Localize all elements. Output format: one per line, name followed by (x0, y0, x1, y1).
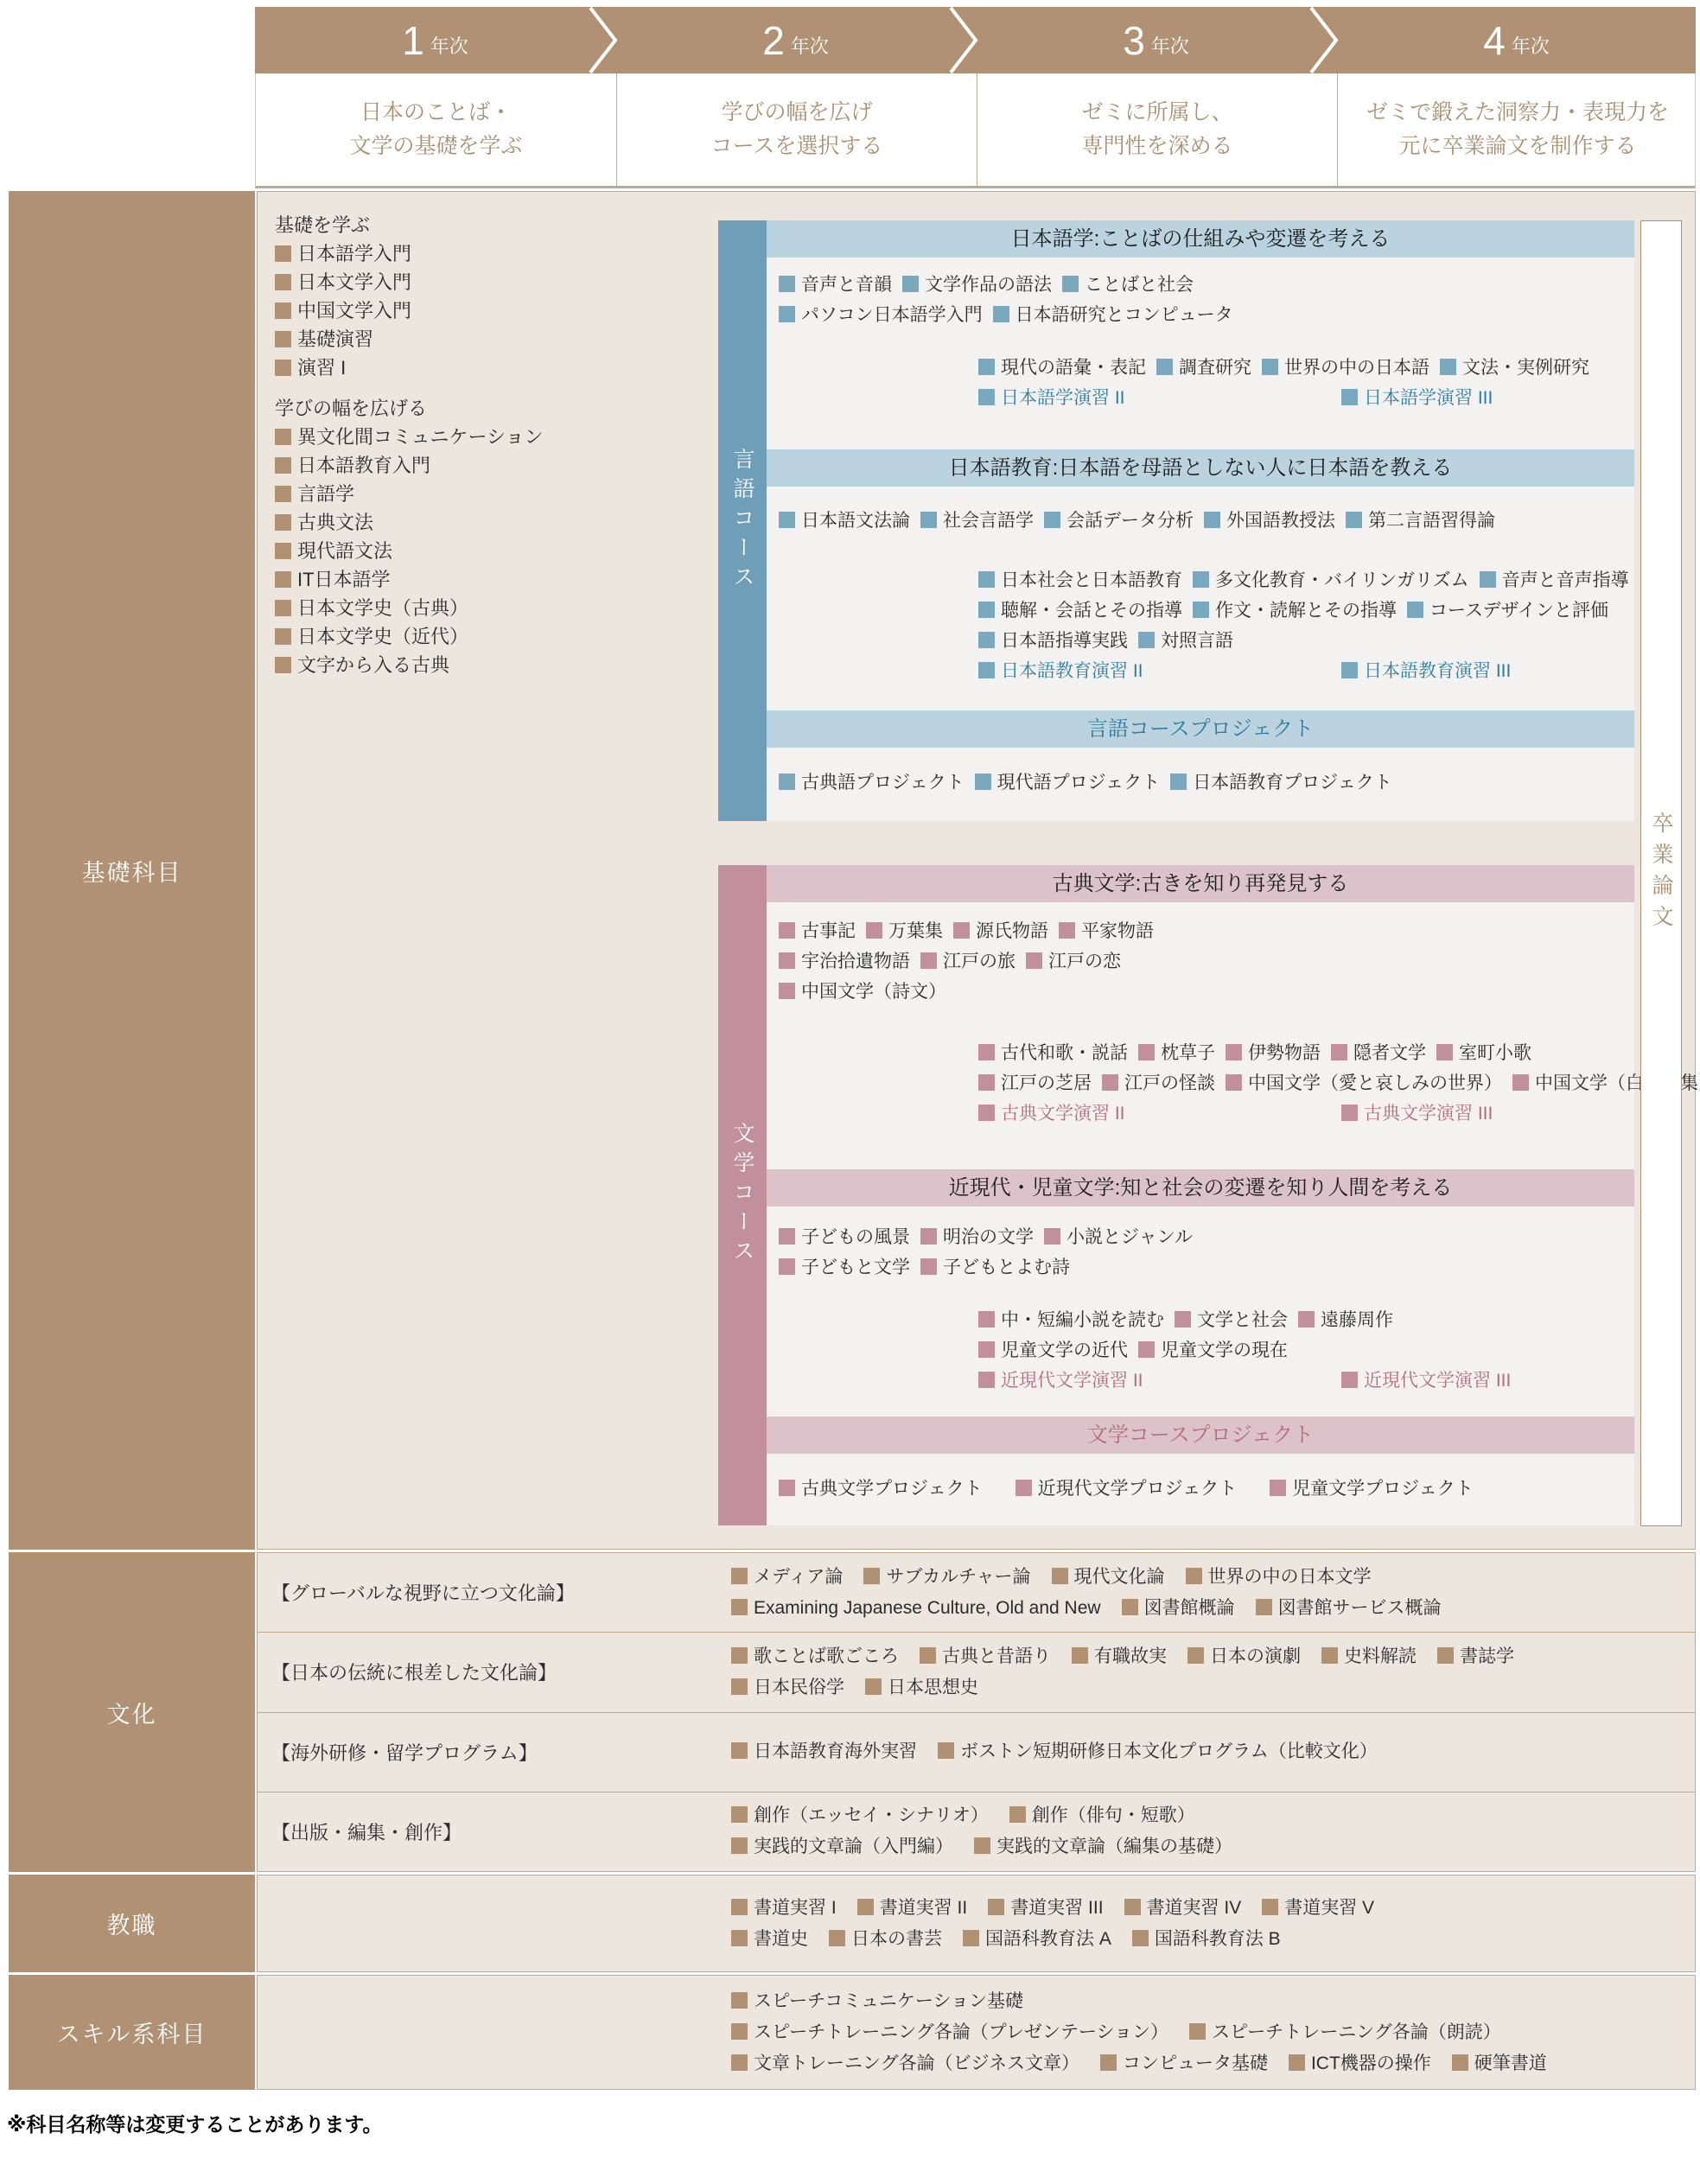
course-item: 枕草子 (1138, 1038, 1215, 1068)
square-bullet-icon (1044, 512, 1060, 528)
square-bullet-icon (1262, 359, 1278, 375)
course-item: 古典語プロジェクト (779, 767, 965, 798)
course-line: 日本語教育海外実習ボストン短期研修日本文化プログラム（比較文化） (731, 1736, 1695, 1767)
course-item: 多文化教育・バイリンガリズム (1193, 565, 1469, 595)
culture-category-label: 【日本の伝統に根差した文化論】 (258, 1633, 731, 1711)
course-item: 小説とジャンル (1044, 1222, 1193, 1252)
course-item: 外国語教授法 (1204, 506, 1335, 536)
course-item: ボストン短期研修日本文化プログラム（比較文化） (938, 1736, 1378, 1767)
square-bullet-icon (1226, 1074, 1242, 1091)
square-bullet-icon (829, 1930, 845, 1946)
square-bullet-icon (938, 1742, 954, 1759)
content-row-foundation: 基礎を学ぶ 日本語学入門 日本文学入門 中国文学入門 基礎演習 演習 I (257, 191, 1696, 1550)
project-content: 古典語プロジェクト現代語プロジェクト日本語教育プロジェクト (767, 748, 1634, 821)
course-item: スピーチトレーニング各論（プレゼンテーション） (731, 2017, 1168, 2048)
course-item: 中国文学（詩文） (779, 977, 946, 1007)
course-item: 日本語文法論 (779, 506, 910, 536)
course-item: 現代語文法 (275, 537, 544, 565)
square-bullet-icon (731, 2054, 748, 2071)
course-item: 聴解・会話とその指導 (978, 595, 1182, 626)
course-item: 近現代文学プロジェクト (1016, 1474, 1238, 1504)
seminar-item: 古典文学演習 III (1341, 1098, 1493, 1129)
course-item: 宇治拾遺物語 (779, 946, 910, 977)
literature-course-block: 文学コース 古典文学:古きを知り再発見する 古事記万葉集源氏物語平家物語宇治拾遺… (718, 865, 1634, 1525)
course-item: 中国文学入門 (275, 296, 544, 325)
square-bullet-icon (902, 276, 919, 292)
square-bullet-icon (779, 1258, 795, 1275)
square-bullet-icon (779, 1480, 795, 1496)
year-segment-1: 1 年次 (255, 7, 615, 73)
square-bullet-icon (1193, 571, 1209, 588)
seminar-item: 日本語教育演習 II (978, 656, 1143, 686)
square-bullet-icon (1072, 1647, 1088, 1664)
square-bullet-icon (1026, 952, 1042, 969)
square-bullet-icon (731, 1837, 748, 1854)
course-item: コースデザインと評価 (1407, 595, 1608, 626)
course-item: 遠藤周作 (1298, 1305, 1393, 1335)
seminar-row: 日本語学演習 II 日本語学演習 III (767, 383, 1634, 413)
graduation-thesis-bar: 卒業論文 (1640, 220, 1682, 1526)
course-item: 文学作品の語法 (902, 270, 1052, 300)
square-bullet-icon (1262, 1899, 1278, 1915)
square-bullet-icon (1436, 1044, 1453, 1060)
square-bullet-icon (779, 952, 795, 969)
chevron-right-icon (589, 7, 618, 73)
group-title: 学びの幅を広げる (275, 394, 544, 423)
square-bullet-icon (779, 512, 795, 528)
square-bullet-icon (1437, 1647, 1454, 1664)
course-item: 現代の語彙・表記 (978, 353, 1146, 383)
square-bullet-icon (1226, 1044, 1242, 1060)
course-item: 日本文学入門 (275, 268, 544, 296)
culture-category-label: 【グローバルな視野に立つ文化論】 (258, 1553, 731, 1632)
seminar-row: 近現代文学演習 II 近現代文学演習 III (767, 1366, 1634, 1396)
square-bullet-icon (988, 1899, 1004, 1915)
course-item: 社会言語学 (920, 506, 1034, 536)
course-row: 子どもと文学子どもとよむ詩 (779, 1252, 1634, 1283)
square-bullet-icon (1298, 1311, 1315, 1328)
course-row: 古事記万葉集源氏物語平家物語 (779, 916, 1634, 946)
course-item: 日本語学入門 (275, 239, 544, 268)
section-content: 音声と音韻文学作品の語法ことばと社会パソコン日本語学入門日本語研究とコンピュータ… (767, 258, 1634, 449)
square-bullet-icon (920, 1258, 937, 1275)
square-bullet-icon (779, 306, 795, 322)
course-item: 実践的文章論（編集の基礎） (974, 1831, 1232, 1862)
seminar-item: 近現代文学演習 II (978, 1366, 1143, 1396)
course-item: 室町小歌 (1436, 1038, 1531, 1068)
course-item: 日本語教育海外実習 (731, 1736, 917, 1767)
course-item: 世界の中の日本文学 (1186, 1562, 1372, 1593)
course-line: 日本民俗学日本思想史 (731, 1672, 1695, 1703)
course-item: 児童文学の近代 (978, 1335, 1128, 1366)
square-bullet-icon (275, 657, 291, 673)
sidebar-cell-skills: スキル系科目 (9, 1975, 255, 2090)
square-bullet-icon (731, 1930, 748, 1946)
square-bullet-icon (731, 1599, 748, 1615)
square-bullet-icon (1156, 359, 1173, 375)
square-bullet-icon (920, 512, 937, 528)
square-bullet-icon (1138, 1044, 1155, 1060)
year-number: 4 (1483, 21, 1506, 60)
square-bullet-icon (1256, 1599, 1272, 1615)
square-bullet-icon (1452, 2054, 1468, 2071)
square-bullet-icon (1341, 389, 1358, 405)
square-bullet-icon (1170, 774, 1187, 790)
year-unit-label: 年次 (1512, 22, 1550, 59)
foundation-list: 基礎を学ぶ 日本語学入門 日本文学入門 中国文学入門 基礎演習 演習 I (275, 211, 544, 691)
seminar-item: 日本語教育演習 III (1341, 656, 1511, 686)
year-description-2: 学びの幅を広げ コースを選択する (616, 73, 977, 186)
course-item: 現代文化論 (1052, 1562, 1165, 1593)
course-row: 子どもの風景明治の文学小説とジャンル (779, 1222, 1634, 1252)
year-number: 2 (762, 21, 785, 60)
culture-sub-row: 【出版・編集・創作】 創作（エッセイ・シナリオ）創作（俳句・短歌） 実践的文章論… (258, 1792, 1695, 1871)
course-row: 日本社会と日本語教育多文化教育・バイリンガリズム音声と音声指導 (978, 565, 1634, 595)
square-bullet-icon (1204, 512, 1220, 528)
course-strip-label: 文学コース (727, 1122, 758, 1269)
square-bullet-icon (779, 774, 795, 790)
course-item: 国語科教育法 B (1132, 1924, 1281, 1955)
course-item: 児童文学の現在 (1138, 1335, 1288, 1366)
seminar-row: 日本語教育演習 II 日本語教育演習 III (767, 656, 1634, 686)
course-item: 古事記 (779, 916, 856, 946)
square-bullet-icon (275, 600, 291, 616)
course-item: 基礎演習 (275, 325, 544, 353)
section-header: 古典文学:古きを知り再発見する (767, 865, 1634, 902)
course-item: 図書館サービス概論 (1256, 1593, 1442, 1624)
square-bullet-icon (275, 245, 291, 262)
group-title: 基礎を学ぶ (275, 211, 544, 239)
square-bullet-icon (1138, 632, 1155, 648)
section-content: 子どもの風景明治の文学小説とジャンル子どもと文学子どもとよむ詩 中・短編小説を読… (767, 1207, 1634, 1417)
square-bullet-icon (920, 1647, 936, 1664)
course-item: 世界の中の日本語 (1262, 353, 1429, 383)
square-bullet-icon (978, 662, 995, 678)
project-content: 古典文学プロジェクト近現代文学プロジェクト児童文学プロジェクト (767, 1454, 1634, 1525)
chevron-right-icon (949, 7, 978, 73)
year-number: 1 (402, 21, 424, 60)
square-bullet-icon (974, 1837, 990, 1854)
square-bullet-icon (731, 1806, 748, 1823)
course-row: 古典語プロジェクト現代語プロジェクト日本語教育プロジェクト (767, 748, 1634, 798)
square-bullet-icon (865, 1678, 882, 1695)
square-bullet-icon (779, 983, 795, 999)
course-item: Examining Japanese Culture, Old and New (731, 1593, 1101, 1624)
square-bullet-icon (275, 543, 291, 559)
sidebar-cell-teaching: 教職 (9, 1875, 255, 1972)
square-bullet-icon (978, 359, 995, 375)
course-item: 日本の書芸 (829, 1924, 942, 1955)
square-bullet-icon (1341, 1105, 1358, 1121)
course-item: 日本文学史（近代） (275, 622, 544, 651)
square-bullet-icon (731, 1647, 748, 1664)
square-bullet-icon (978, 389, 995, 405)
seminar-item: 日本語学演習 II (978, 383, 1125, 413)
content-row-teaching: 書道実習 I書道実習 II書道実習 III書道実習 IV書道実習 V 書道史日本… (257, 1875, 1696, 1972)
course-item: 平家物語 (1059, 916, 1154, 946)
square-bullet-icon (953, 922, 970, 939)
square-bullet-icon (275, 514, 291, 531)
course-item: 明治の文学 (920, 1222, 1034, 1252)
culture-category-label: 【出版・編集・創作】 (258, 1792, 731, 1871)
sidebar-cell-foundation: 基礎科目 (9, 191, 255, 1550)
course-item: 創作（俳句・短歌） (1009, 1800, 1195, 1831)
year-header-bar: 1 年次 2 年次 3 年次 4 年次 (255, 7, 1696, 73)
year-number: 3 (1123, 21, 1145, 60)
square-bullet-icon (1346, 512, 1362, 528)
square-bullet-icon (863, 1568, 880, 1584)
course-item: 児童文学プロジェクト (1270, 1474, 1474, 1504)
square-bullet-icon (963, 1930, 979, 1946)
section-header: 近現代・児童文学:知と社会の変遷を知り人間を考える (767, 1169, 1634, 1207)
square-bullet-icon (857, 1899, 874, 1915)
course-item: スピーチトレーニング各論（朗読） (1189, 2017, 1501, 2048)
course-item: 異文化間コミュニケーション (275, 423, 544, 451)
course-item: 古典文学プロジェクト (779, 1474, 983, 1504)
foundation-group: 基礎を学ぶ 日本語学入門 日本文学入門 中国文学入門 基礎演習 演習 I (275, 211, 544, 382)
course-item: 日本思想史 (865, 1672, 978, 1703)
foundation-group: 学びの幅を広げる 異文化間コミュニケーション 日本語教育入門 言語学 古典文法 … (275, 394, 544, 679)
course-line: スピーチコミュニケーション基礎 (731, 1986, 1695, 2017)
culture-category-label: 【海外研修・留学プログラム】 (258, 1713, 731, 1792)
course-item: 源氏物語 (953, 916, 1048, 946)
course-item: 書誌学 (1437, 1641, 1514, 1672)
square-bullet-icon (1193, 602, 1209, 618)
square-bullet-icon (978, 1044, 995, 1060)
culture-sub-row: 【海外研修・留学プログラム】 日本語教育海外実習ボストン短期研修日本文化プログラ… (258, 1712, 1695, 1792)
course-row: 児童文学の近代児童文学の現在 (978, 1335, 1634, 1366)
content-row-skills: スピーチコミュニケーション基礎 スピーチトレーニング各論（プレゼンテーション）ス… (257, 1975, 1696, 2090)
course-item: コンピュータ基礎 (1100, 2048, 1268, 2079)
course-item: 音声と音韻 (779, 270, 892, 300)
square-bullet-icon (1059, 922, 1075, 939)
chevron-right-icon (1309, 7, 1339, 73)
course-row: 現代の語彙・表記調査研究世界の中の日本語文法・実例研究 (978, 353, 1634, 383)
year-description-1: 日本のことば・ 文学の基礎を学ぶ (256, 73, 616, 186)
square-bullet-icon (920, 952, 937, 969)
square-bullet-icon (978, 632, 995, 648)
square-bullet-icon (1270, 1480, 1286, 1496)
square-bullet-icon (1132, 1930, 1149, 1946)
square-bullet-icon (1186, 1568, 1202, 1584)
course-item: 現代語プロジェクト (975, 767, 1161, 798)
course-line: 文章トレーニング各論（ビジネス文章）コンピュータ基礎ICT機器の操作硬筆書道 (731, 2048, 1695, 2079)
course-strip-label: 言語コース (727, 448, 758, 595)
square-bullet-icon (275, 429, 291, 445)
square-bullet-icon (1440, 359, 1456, 375)
course-item: メディア論 (731, 1562, 843, 1593)
course-item: 江戸の恋 (1026, 946, 1121, 977)
course-strip: 言語コース (718, 220, 767, 821)
course-item: 伊勢物語 (1226, 1038, 1321, 1068)
course-line: 実践的文章論（入門編）実践的文章論（編集の基礎） (731, 1831, 1695, 1862)
course-item: 史料解読 (1321, 1641, 1417, 1672)
square-bullet-icon (1016, 1480, 1032, 1496)
course-item: 古典文法 (275, 508, 544, 537)
course-item: 図書館概論 (1122, 1593, 1235, 1624)
seminar-item: 古典文学演習 II (978, 1098, 1125, 1129)
course-item: ことばと社会 (1062, 270, 1194, 300)
course-item: 文学と社会 (1175, 1305, 1288, 1335)
course-item: 日本民俗学 (731, 1672, 844, 1703)
course-item: 実践的文章論（入門編） (731, 1831, 953, 1862)
square-bullet-icon (731, 1742, 748, 1759)
culture-sub-row: 【日本の伝統に根差した文化論】 歌ことば歌ごころ古典と昔語り有職故実日本の演劇史… (258, 1632, 1695, 1711)
course-item: 子どもの風景 (779, 1222, 910, 1252)
course-item: 日本語研究とコンピュータ (993, 300, 1233, 330)
square-bullet-icon (1341, 662, 1358, 678)
course-row: 江戸の芝居江戸の怪談中国文学（愛と哀しみの世界）中国文学（白氏文集） (978, 1068, 1634, 1098)
course-row: 聴解・会話とその指導作文・読解とその指導コースデザインと評価 (978, 595, 1634, 626)
course-item: 江戸の怪談 (1102, 1068, 1215, 1098)
course-item: 対照言語 (1138, 626, 1233, 656)
course-item: 言語学 (275, 480, 544, 508)
course-line: メディア論サブカルチャー論現代文化論世界の中の日本文学 (731, 1562, 1695, 1593)
course-row: 宇治拾遺物語江戸の旅江戸の恋 (779, 946, 1634, 977)
year-description-4: ゼミで鍛えた洞察力・表現力を 元に卒業論文を制作する (1337, 73, 1697, 186)
course-item: 日本文学史（古典） (275, 594, 544, 622)
course-item: 日本語教育プロジェクト (1170, 767, 1392, 798)
course-item: 書道実習 III (988, 1893, 1103, 1924)
square-bullet-icon (275, 331, 291, 347)
course-item: 文章トレーニング各論（ビジネス文章） (731, 2048, 1079, 2079)
course-item: 書道史 (731, 1924, 808, 1955)
square-bullet-icon (275, 571, 291, 588)
course-row: 日本語文法論社会言語学会話データ分析外国語教授法第二言語習得論 (779, 506, 1634, 536)
square-bullet-icon (1321, 1647, 1338, 1664)
course-item: 文字から入る古典 (275, 651, 544, 679)
course-item: 作文・読解とその指導 (1193, 595, 1397, 626)
literature-course-box: 古典文学:古きを知り再発見する 古事記万葉集源氏物語平家物語宇治拾遺物語江戸の旅… (767, 865, 1634, 1525)
section-header: 日本語学:ことばの仕組みや変遷を考える (767, 220, 1634, 258)
year-unit-label: 年次 (791, 22, 829, 59)
square-bullet-icon (275, 486, 291, 502)
year-description-row: 日本のことば・ 文学の基礎を学ぶ 学びの幅を広げ コースを選択する ゼミに所属し… (255, 73, 1696, 188)
square-bullet-icon (866, 922, 882, 939)
course-item: 書道実習 I (731, 1893, 837, 1924)
square-bullet-icon (920, 1228, 937, 1245)
square-bullet-icon (1480, 571, 1496, 588)
course-line: Examining Japanese Culture, Old and New図… (731, 1593, 1695, 1624)
course-item: スピーチコミュニケーション基礎 (731, 1986, 1023, 2017)
seminar-item: 日本語学演習 III (1341, 383, 1493, 413)
section-header: 日本語教育:日本語を母語としない人に日本語を教える (767, 449, 1634, 487)
culture-sub-row: 【グローバルな視野に立つ文化論】 メディア論サブカルチャー論現代文化論世界の中の… (258, 1553, 1695, 1632)
square-bullet-icon (1289, 2054, 1305, 2071)
course-item: 演習 I (275, 353, 544, 382)
course-line: 書道史日本の書芸国語科教育法 A国語科教育法 B (731, 1924, 1695, 1955)
square-bullet-icon (1175, 1311, 1191, 1328)
square-bullet-icon (1052, 1568, 1068, 1584)
course-item: 古代和歌・説話 (978, 1038, 1128, 1068)
square-bullet-icon (731, 2023, 748, 2040)
course-line: 書道実習 I書道実習 II書道実習 III書道実習 IV書道実習 V (731, 1893, 1695, 1924)
course-item: IT日本語学 (275, 565, 544, 594)
course-row: 日本語指導実践対照言語 (978, 626, 1634, 656)
course-item: 国語科教育法 A (963, 1924, 1111, 1955)
course-item: 書道実習 V (1262, 1893, 1374, 1924)
course-item: 音声と音声指導 (1480, 565, 1629, 595)
square-bullet-icon (731, 1678, 748, 1695)
course-item: 隠者文学 (1331, 1038, 1426, 1068)
course-item: 創作（エッセイ・シナリオ） (731, 1800, 989, 1831)
square-bullet-icon (1100, 2054, 1117, 2071)
curriculum-chart: 1 年次 2 年次 3 年次 4 年次 日本のことば・ 文学の基礎を学ぶ 学びの… (0, 0, 1700, 2184)
square-bullet-icon (1138, 1341, 1155, 1358)
square-bullet-icon (275, 628, 291, 645)
square-bullet-icon (731, 1568, 748, 1584)
project-header: 言語コースプロジェクト (767, 710, 1634, 748)
year-unit-label: 年次 (430, 22, 468, 59)
square-bullet-icon (1189, 2023, 1206, 2040)
course-row: パソコン日本語学入門日本語研究とコンピュータ (779, 300, 1634, 330)
sidebar-cell-culture: 文化 (9, 1552, 255, 1872)
square-bullet-icon (1009, 1806, 1026, 1823)
course-item: 書道実習 II (857, 1893, 968, 1924)
square-bullet-icon (993, 306, 1009, 322)
course-item: 古典と昔語り (920, 1641, 1051, 1672)
course-item: 子どもとよむ詩 (920, 1252, 1070, 1283)
course-item: 調査研究 (1156, 353, 1251, 383)
year-segment-3: 3 年次 (976, 7, 1336, 73)
course-item: 硬筆書道 (1452, 2048, 1547, 2079)
graduation-thesis-label: 卒業論文 (1646, 812, 1677, 936)
course-row: 音声と音韻文学作品の語法ことばと社会 (779, 270, 1634, 300)
square-bullet-icon (978, 1311, 995, 1328)
square-bullet-icon (978, 1105, 995, 1121)
square-bullet-icon (731, 1992, 748, 2009)
language-course-block: 言語コース 日本語学:ことばの仕組みや変遷を考える 音声と音韻文学作品の語法こと… (718, 220, 1634, 821)
course-item: ICT機器の操作 (1289, 2048, 1431, 2079)
year-segment-2: 2 年次 (615, 7, 976, 73)
content-row-culture: 【グローバルな視野に立つ文化論】 メディア論サブカルチャー論現代文化論世界の中の… (257, 1552, 1696, 1872)
square-bullet-icon (1122, 1599, 1138, 1615)
course-row: 中・短編小説を読む文学と社会遠藤周作 (978, 1305, 1634, 1335)
course-item: 中国文学（愛と哀しみの世界） (1226, 1068, 1502, 1098)
square-bullet-icon (975, 774, 991, 790)
course-item: 子どもと文学 (779, 1252, 910, 1283)
course-item: パソコン日本語学入門 (779, 300, 983, 330)
square-bullet-icon (1102, 1074, 1118, 1091)
course-item: 江戸の芝居 (978, 1068, 1092, 1098)
square-bullet-icon (978, 1372, 995, 1388)
language-course-box: 日本語学:ことばの仕組みや変遷を考える 音声と音韻文学作品の語法ことばと社会パソ… (767, 220, 1634, 821)
year-unit-label: 年次 (1151, 22, 1189, 59)
course-row: 古典文学プロジェクト近現代文学プロジェクト児童文学プロジェクト (767, 1454, 1634, 1504)
square-bullet-icon (275, 360, 291, 376)
square-bullet-icon (978, 1074, 995, 1091)
course-line: スピーチトレーニング各論（プレゼンテーション）スピーチトレーニング各論（朗読） (731, 2017, 1695, 2048)
square-bullet-icon (978, 571, 995, 588)
square-bullet-icon (1331, 1044, 1347, 1060)
year-description-3: ゼミに所属し、 専門性を深める (977, 73, 1337, 186)
square-bullet-icon (779, 922, 795, 939)
course-strip: 文学コース (718, 865, 767, 1525)
square-bullet-icon (731, 1899, 748, 1915)
square-bullet-icon (978, 1341, 995, 1358)
square-bullet-icon (1341, 1372, 1358, 1388)
course-line: 創作（エッセイ・シナリオ）創作（俳句・短歌） (731, 1800, 1695, 1831)
seminar-row: 古典文学演習 II 古典文学演習 III (767, 1098, 1634, 1129)
square-bullet-icon (275, 457, 291, 474)
course-item: 中・短編小説を読む (978, 1305, 1164, 1335)
course-item: 日本語指導実践 (978, 626, 1128, 656)
section-content: 日本語文法論社会言語学会話データ分析外国語教授法第二言語習得論 日本社会と日本語… (767, 487, 1634, 710)
square-bullet-icon (275, 302, 291, 319)
course-item: 書道実習 IV (1124, 1893, 1242, 1924)
square-bullet-icon (1062, 276, 1079, 292)
square-bullet-icon (1044, 1228, 1060, 1245)
